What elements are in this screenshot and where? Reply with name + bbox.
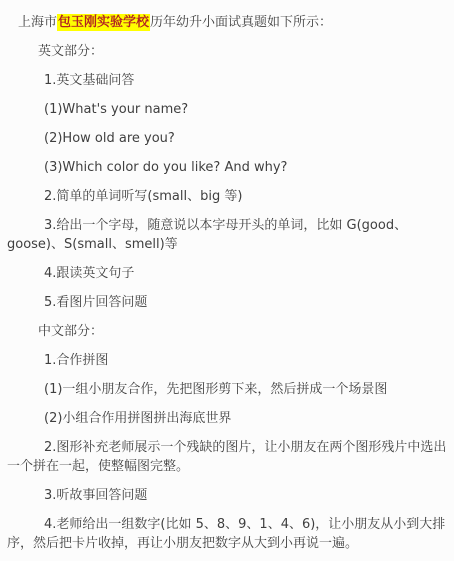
doc-title-suffix: 历年幼升小面试真题如下所示： [150,15,332,30]
section-heading-chinese: 中文部分： [7,322,448,341]
english-item-1: 1.英文基础问答 [7,71,448,90]
chinese-subitem-1: (1)一组小朋友合作，先把图形剪下来，然后拼成一个场景图 [7,380,448,399]
english-question-2: (2)How old are you? [7,129,448,148]
english-question-1: (1)What's your name? [7,100,448,119]
doc-title: 上海市包玉刚实验学校历年幼升小面试真题如下所示： [7,13,448,32]
english-item-3: 3.给出一个字母，随意说以本字母开头的单词，比如 G(good、goose)、S… [7,216,448,254]
english-item-2: 2.简单的单词听写(small、big 等) [7,187,448,206]
section-heading-english: 英文部分： [7,42,448,61]
english-item-5: 5.看图片回答问题 [7,293,448,312]
chinese-item-4: 4.老师给出一组数字(比如 5、8、9、1、4、6)，让小朋友从小到大排序，然后… [7,515,448,553]
doc-title-prefix: 上海市 [18,15,57,30]
chinese-item-1: 1.合作拼图 [7,351,448,370]
chinese-item-3: 3.听故事回答问题 [7,486,448,505]
chinese-subitem-2: (2)小组合作用拼图拼出海底世界 [7,409,448,428]
english-item-4: 4.跟读英文句子 [7,264,448,283]
document-page: 上海市包玉刚实验学校历年幼升小面试真题如下所示： 英文部分： 1.英文基础问答 … [0,0,454,561]
english-question-3: (3)Which color do you like? And why? [7,158,448,177]
highlighted-school-name: 包玉刚实验学校 [57,14,150,31]
chinese-item-2: 2.图形补充老师展示一个残缺的图片，让小朋友在两个图形残片中选出一个拼在一起，使… [7,438,448,476]
